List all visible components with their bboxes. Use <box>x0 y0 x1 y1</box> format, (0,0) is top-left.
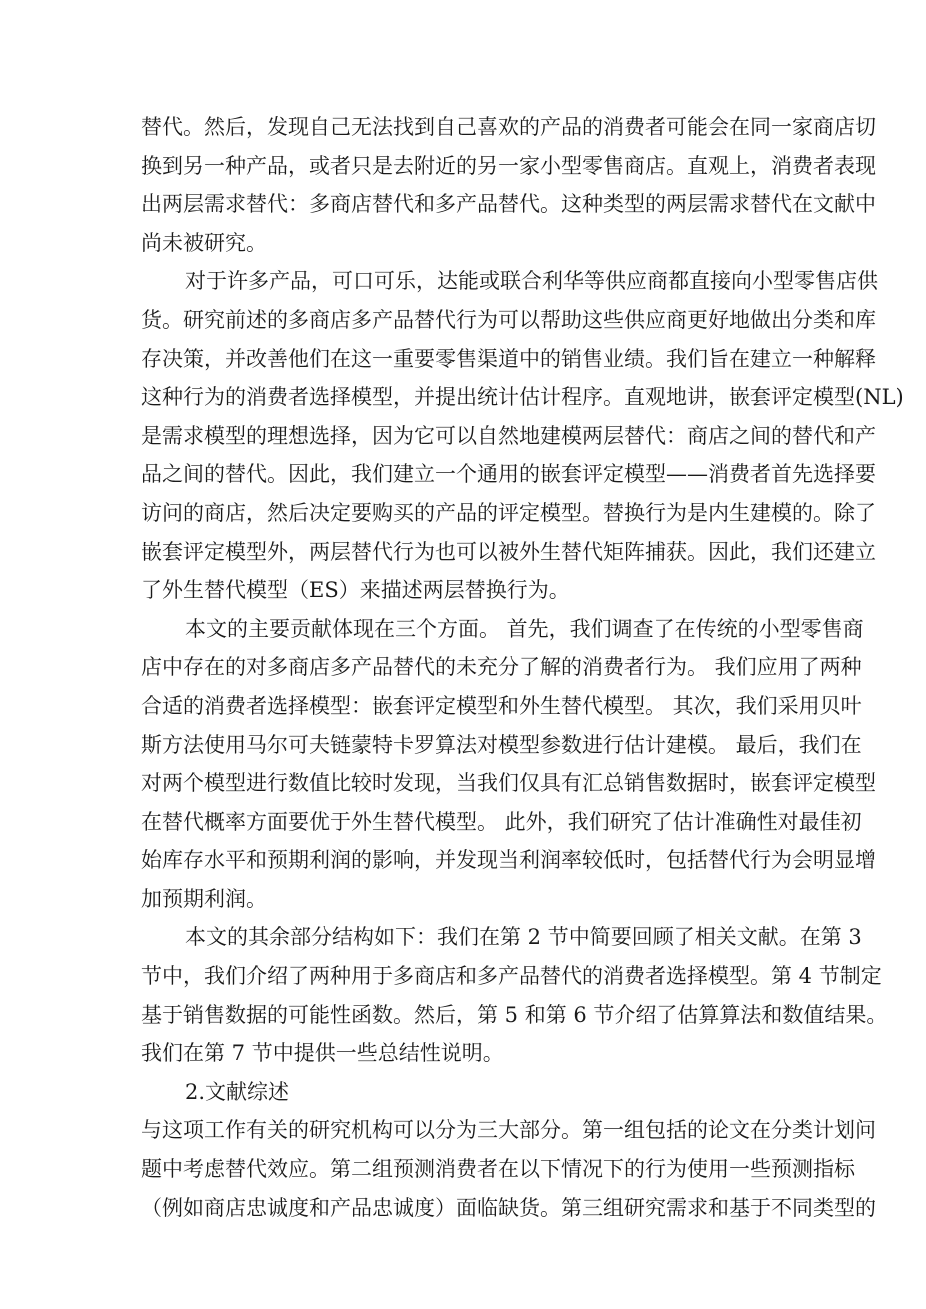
text-line: 节中，我们介绍了两种用于多商店和多产品替代的消费者选择模型。第 4 节制定 <box>141 957 785 996</box>
text-line: 对于许多产品，可口可乐，达能或联合利华等供应商都直接向小型零售店供 <box>141 262 785 301</box>
paragraph-structure: 本文的其余部分结构如下：我们在第 2 节中简要回顾了相关文献。在第 3 节中，我… <box>141 918 785 1072</box>
text-line: 这种行为的消费者选择模型，并提出统计估计程序。直观地讲，嵌套评定模型(NL) <box>141 378 785 417</box>
text-line: 与这项工作有关的研究机构可以分为三大部分。第一组包括的论文在分类计划问 <box>141 1111 785 1150</box>
text-line: 了外生替代模型（ES）来描述两层替换行为。 <box>141 571 785 610</box>
paragraph-intro-continuation: 替代。然后，发现自己无法找到自己喜欢的产品的消费者可能会在同一家商店切 换到另一… <box>141 108 785 262</box>
text-line: 题中考虑替代效应。第二组预测消费者在以下情况下的行为使用一些预测指标 <box>141 1150 785 1189</box>
text-line: 替代。然后，发现自己无法找到自己喜欢的产品的消费者可能会在同一家商店切 <box>141 108 785 147</box>
text-line: 存决策，并改善他们在这一重要零售渠道中的销售业绩。我们旨在建立一种解释 <box>141 340 785 379</box>
text-line: 访问的商店，然后决定要购买的产品的评定模型。替换行为是内生建模的。除了 <box>141 494 785 533</box>
text-line: 始库存水平和预期利润的影响，并发现当利润率较低时，包括替代行为会明显增 <box>141 841 785 880</box>
paragraph-literature-review: 与这项工作有关的研究机构可以分为三大部分。第一组包括的论文在分类计划问 题中考虑… <box>141 1111 785 1227</box>
text-line: 本文的其余部分结构如下：我们在第 2 节中简要回顾了相关文献。在第 3 <box>141 918 785 957</box>
text-line: 在替代概率方面要优于外生替代模型。 此外，我们研究了估计准确性对最佳初 <box>141 803 785 842</box>
text-line: 对两个模型进行数值比较时发现，当我们仅具有汇总销售数据时，嵌套评定模型 <box>141 764 785 803</box>
text-line: （例如商店忠诚度和产品忠诚度）面临缺货。第三组研究需求和基于不同类型的 <box>141 1189 785 1228</box>
text-line: 我们在第 7 节中提供一些总结性说明。 <box>141 1034 785 1073</box>
document-page: 替代。然后，发现自己无法找到自己喜欢的产品的消费者可能会在同一家商店切 换到另一… <box>141 108 785 1227</box>
text-line: 合适的消费者选择模型：嵌套评定模型和外生替代模型。 其次，我们采用贝叶 <box>141 687 785 726</box>
text-line: 加预期利润。 <box>141 880 785 919</box>
text-line: 本文的主要贡献体现在三个方面。 首先，我们调查了在传统的小型零售商 <box>141 610 785 649</box>
text-line: 换到另一种产品，或者只是去附近的另一家小型零售商店。直观上，消费者表现 <box>141 147 785 186</box>
text-line: 尚未被研究。 <box>141 224 785 263</box>
text-line: 基于销售数据的可能性函数。然后，第 5 和第 6 节介绍了估算算法和数值结果。 <box>141 996 785 1035</box>
paragraph-contributions: 本文的主要贡献体现在三个方面。 首先，我们调查了在传统的小型零售商 店中存在的对… <box>141 610 785 919</box>
text-line: 货。研究前述的多商店多产品替代行为可以帮助这些供应商更好地做出分类和库 <box>141 301 785 340</box>
text-line: 嵌套评定模型外，两层替代行为也可以被外生替代矩阵捕获。因此，我们还建立 <box>141 533 785 572</box>
text-line: 出两层需求替代：多商店替代和多产品替代。这种类型的两层需求替代在文献中 <box>141 185 785 224</box>
text-line: 斯方法使用马尔可夫链蒙特卡罗算法对模型参数进行估计建模。 最后，我们在 <box>141 726 785 765</box>
paragraph-suppliers: 对于许多产品，可口可乐，达能或联合利华等供应商都直接向小型零售店供 货。研究前述… <box>141 262 785 609</box>
text-line: 品之间的替代。因此，我们建立一个通用的嵌套评定模型——消费者首先选择要 <box>141 455 785 494</box>
section-heading: 2.文献综述 <box>141 1073 785 1112</box>
text-line: 是需求模型的理想选择，因为它可以自然地建模两层替代：商店之间的替代和产 <box>141 417 785 456</box>
text-line: 店中存在的对多商店多产品替代的未充分了解的消费者行为。 我们应用了两种 <box>141 648 785 687</box>
